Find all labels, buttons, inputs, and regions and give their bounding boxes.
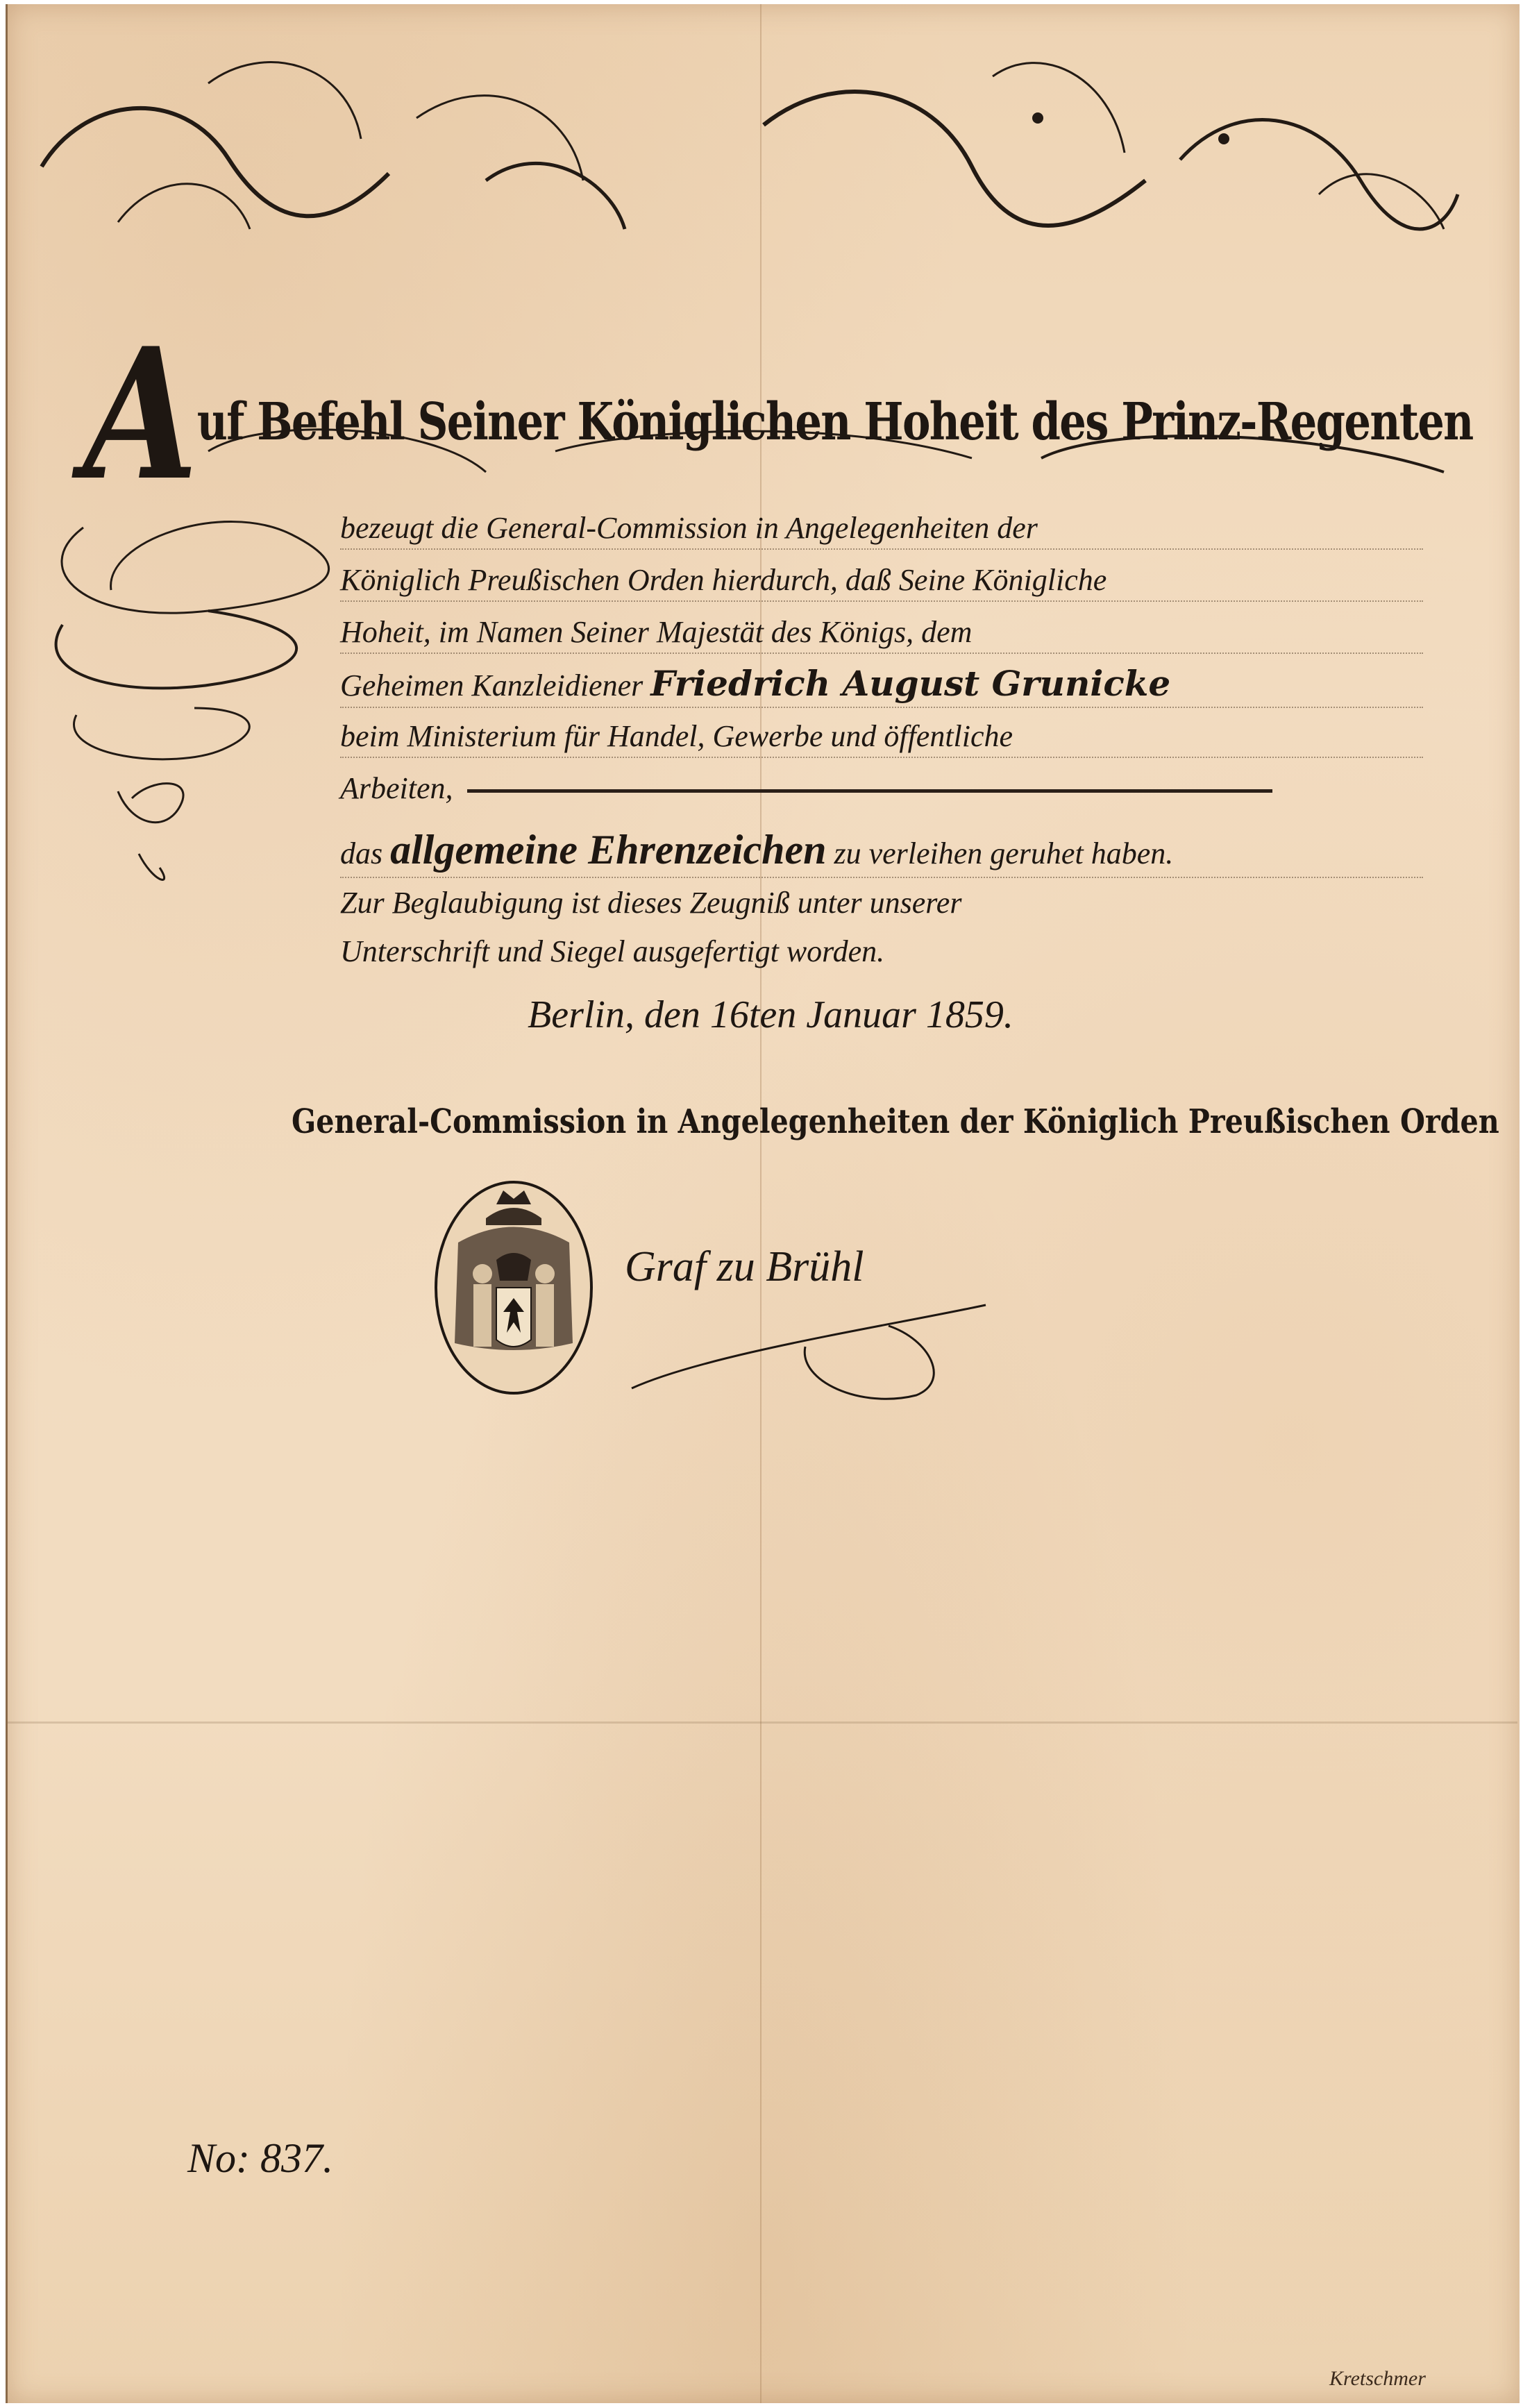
ministry-line-end: Arbeiten,: [340, 771, 1272, 806]
official-signature: Graf zu Brühl: [625, 1243, 864, 1292]
issuing-authority: General-Commission in Angelegenheiten de…: [292, 1102, 1306, 1141]
closing-line-1: Zur Beglaubigung ist dieses Zeugniß unte…: [340, 885, 961, 920]
recipient-line: Geheimen Kanzleidiener Friedrich August …: [340, 663, 1423, 708]
heading-text: uf Befehl Seiner Königlichen Hoheit des …: [197, 392, 1473, 452]
place-and-date: Berlin, den 16ten Januar 1859.: [528, 993, 1013, 1037]
decorated-initial: A: [83, 309, 197, 521]
body-line-1: bezeugt die General-Commission in Angele…: [340, 510, 1423, 550]
award-suffix: zu verleihen geruhet haben.: [834, 836, 1173, 870]
closing-line-2: Unterschrift und Siegel ausgefertigt wor…: [340, 934, 884, 969]
award-prefix: das: [340, 836, 382, 870]
filler-rule: [467, 789, 1272, 793]
award-line: das allgemeine Ehrenzeichen zu verleihen…: [340, 826, 1423, 878]
serial-number: No: 837.: [187, 2135, 333, 2182]
ministry-line-end-text: Arbeiten,: [340, 771, 453, 805]
body-line-2: Königlich Preußischen Orden hierdurch, d…: [340, 562, 1423, 602]
recipient-name: Friedrich August Grunicke: [650, 663, 1170, 704]
corner-annotation: Kretschmer: [1329, 2367, 1426, 2391]
body-line-3: Hoheit, im Namen Seiner Majestät des Kön…: [340, 614, 1423, 654]
coat-of-arms-seal-icon: [430, 1177, 597, 1399]
recipient-title: Geheimen Kanzleidiener: [340, 668, 643, 702]
award-name: allgemeine Ehrenzeichen: [390, 827, 826, 873]
signature-flourish: [625, 1291, 1013, 1402]
horizontal-fold-crease: [6, 1721, 1517, 1724]
certificate-heading: Auf Befehl Seiner Königlichen Hoheit des…: [83, 309, 1222, 521]
ministry-line: beim Ministerium für Handel, Gewerbe und…: [340, 718, 1423, 758]
